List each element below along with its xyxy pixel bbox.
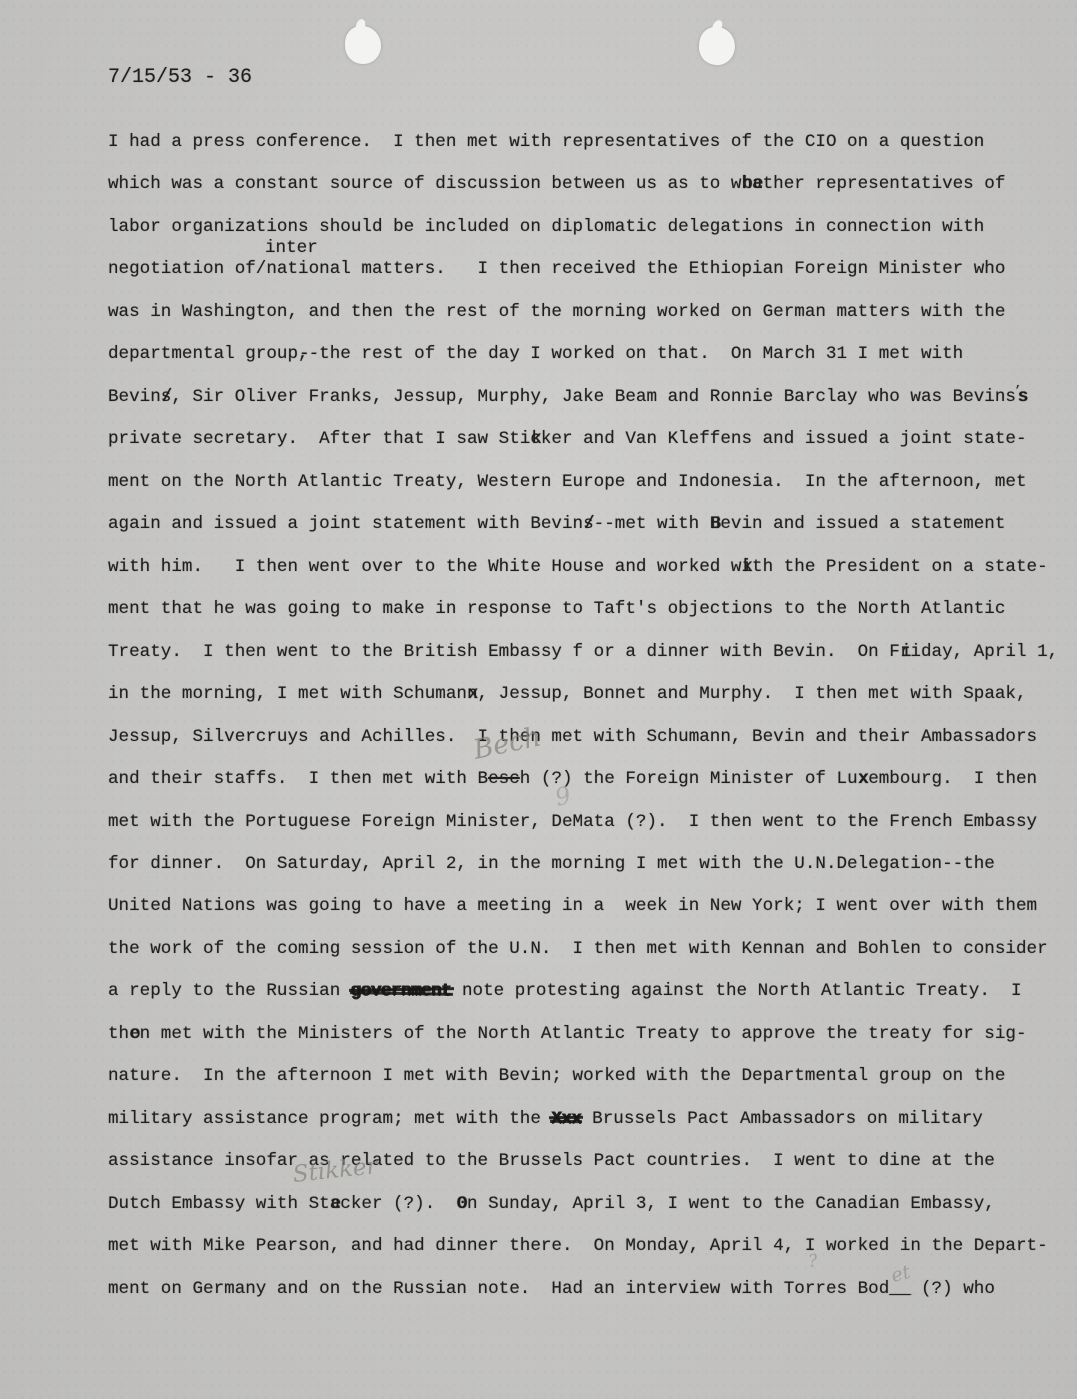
- typed-line: nature. In the afternoon I met with Bevi…: [108, 1066, 1068, 1108]
- typed-line: Jessup, Silvercruys and Achilles. I then…: [108, 727, 1068, 769]
- overstruck-chars: ,-: [298, 344, 309, 364]
- crossed-out-word: government: [351, 981, 452, 1001]
- typed-line: United Nations was going to have a meeti…: [108, 896, 1068, 938]
- overstruck-chars: ik: [741, 557, 752, 577]
- overstruck-chars: hb: [741, 174, 752, 194]
- typed-line: again and issued a joint statement with …: [108, 514, 1068, 556]
- typed-line: with him. I then went over to the White …: [108, 557, 1068, 599]
- typed-line: which was a constant source of discussio…: [108, 174, 1068, 216]
- typed-line: labor organizations should be included o…: [108, 217, 1068, 259]
- overstruck-chars: ck: [530, 429, 541, 449]
- typed-insertion-above-line: inter: [265, 238, 318, 258]
- overstruck-chars: ae: [330, 1194, 341, 1214]
- typed-line: met with the Portuguese Foreign Minister…: [108, 812, 1068, 854]
- typed-line: negotiation of/national matters. I then …: [108, 259, 1068, 301]
- overstruck-chars: HB: [710, 514, 721, 534]
- typed-line: theon met with the Ministers of the Nort…: [108, 1024, 1068, 1066]
- typed-line: met with Mike Pearson, and had dinner th…: [108, 1236, 1068, 1278]
- typed-line: Dutch Embassy with Staecker (?). O0n Sun…: [108, 1194, 1068, 1236]
- overstruck-chars: eo: [129, 1024, 140, 1044]
- struck-chars: esc: [488, 769, 520, 789]
- typed-line: in the morning, I met with Schumannx, Je…: [108, 684, 1068, 726]
- overstruck-chars: ss: [1017, 387, 1028, 407]
- overstruck-chars: ri: [900, 642, 911, 662]
- document-page: 7/15/53 - 36 I had a press conference. I…: [0, 0, 1077, 1399]
- typed-line: Treaty. I then went to the British Embas…: [108, 642, 1068, 684]
- date-page-header: 7/15/53 - 36: [108, 66, 252, 89]
- typed-line: private secretary. After that I saw Stic…: [108, 429, 1068, 471]
- typed-text-block: I had a press conference. I then met wit…: [108, 132, 1068, 1321]
- typed-line: I had a press conference. I then met wit…: [108, 132, 1068, 174]
- typed-line: departmental group,--the rest of the day…: [108, 344, 1068, 386]
- typed-line: Bevins/, Sir Oliver Franks, Jessup, Murp…: [108, 387, 1068, 429]
- typed-line: ment on Germany and on the Russian note.…: [108, 1279, 1068, 1321]
- typed-line: a reply to the Russian government note p…: [108, 981, 1068, 1023]
- punch-hole-left: [345, 26, 381, 64]
- overstruck-chars: O0: [456, 1194, 467, 1214]
- typed-line: assistance insofar as related to the Bru…: [108, 1151, 1068, 1193]
- overstruck-chars: s/: [583, 514, 594, 534]
- typed-line: was in Washington, and then the rest of …: [108, 302, 1068, 344]
- overstruck-chars: ae: [752, 174, 763, 194]
- typed-line: and their staffs. I then met with Besch …: [108, 769, 1068, 811]
- overstruck-chars: nx: [467, 684, 478, 704]
- pencil-annotation: Stikker: [292, 1156, 378, 1185]
- punch-hole-right: [697, 25, 738, 68]
- overstruck-chars: s/: [161, 387, 172, 407]
- typed-line: for dinner. On Saturday, April 2, in the…: [108, 854, 1068, 896]
- typed-line: the work of the coming session of the U.…: [108, 939, 1068, 981]
- typed-line: military assistance program; met with th…: [108, 1109, 1068, 1151]
- typed-line: ment that he was going to make in respon…: [108, 599, 1068, 641]
- overstruck-chars: xx: [858, 769, 869, 789]
- typed-line: ment on the North Atlantic Treaty, Weste…: [108, 472, 1068, 514]
- crossed-out-word: Xxx: [551, 1109, 581, 1129]
